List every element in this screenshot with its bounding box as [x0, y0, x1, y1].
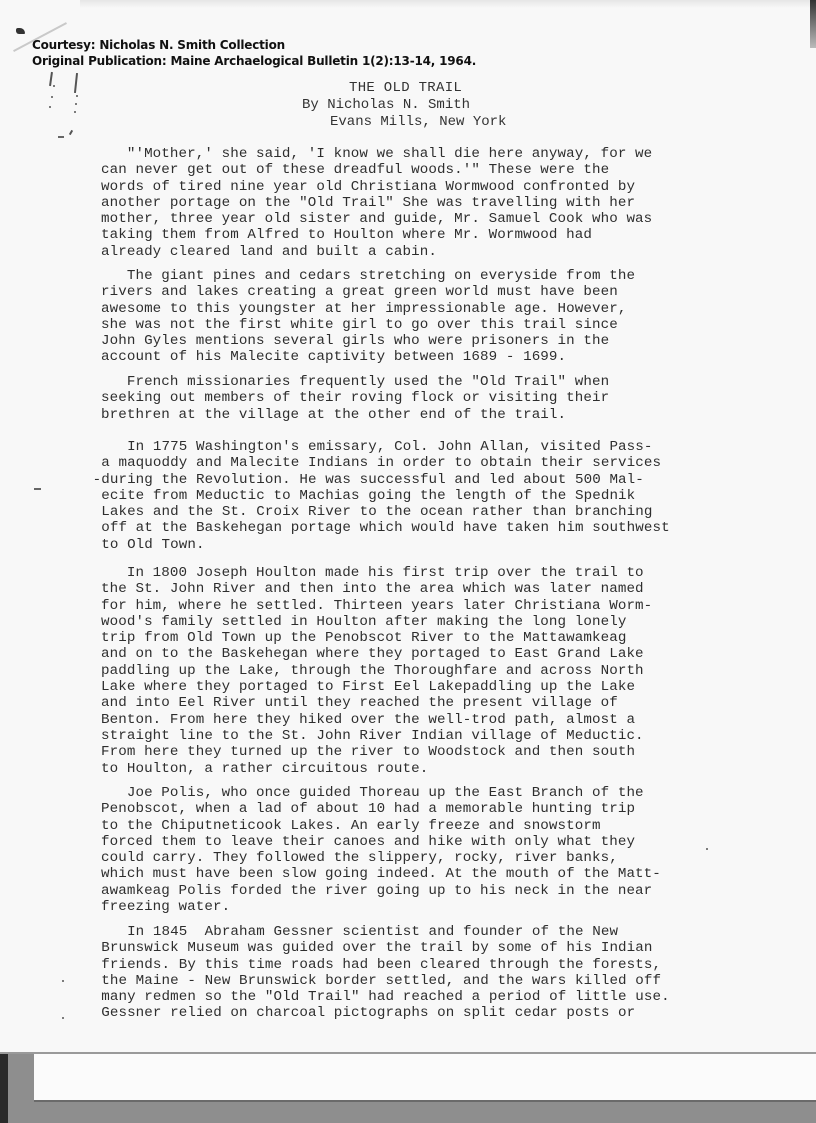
text-line: French missionaries frequently used the … — [101, 374, 801, 390]
text-line: straight line to the St. John River Indi… — [101, 728, 801, 744]
text-line: rivers and lakes creating a great green … — [101, 284, 801, 300]
margin-mark — [51, 96, 53, 98]
text-line: Benton. From here they hiked over the we… — [101, 712, 801, 728]
page-top-shadow — [80, 0, 816, 8]
paragraph: "'Mother,' she said, 'I know we shall di… — [101, 146, 801, 260]
text-line: In 1845 Abraham Gessner scientist and fo… — [84, 924, 784, 940]
text-line: a maquoddy and Malecite Indians in order… — [84, 455, 784, 471]
text-line: and on to the Baskehegan where they port… — [101, 646, 801, 662]
text-line: trip from Old Town up the Penobscot Rive… — [101, 630, 801, 646]
margin-mark — [62, 1017, 64, 1019]
text-line: can never get out of these dreadful wood… — [101, 162, 801, 178]
text-line: In 1800 Joseph Houlton made his first tr… — [101, 565, 801, 581]
text-line: paddling up the Lake, through the Thorou… — [101, 663, 801, 679]
text-line: brethren at the village at the other end… — [101, 407, 801, 423]
author-byline: By Nicholas N. Smith — [302, 97, 470, 113]
text-line: to the Chiputneticook Lakes. An early fr… — [101, 818, 801, 834]
text-line: for him, where he settled. Thirteen year… — [101, 598, 801, 614]
margin-mark — [74, 73, 78, 93]
paragraph: In 1845 Abraham Gessner scientist and fo… — [84, 924, 784, 1022]
text-line: the Maine - New Brunswick border settled… — [84, 973, 784, 989]
margin-mark — [49, 106, 51, 108]
text-line: -during the Revolution. He was successfu… — [84, 472, 784, 488]
text-line: From here they turned up the river to Wo… — [101, 744, 801, 760]
margin-mark — [49, 72, 53, 86]
underlying-sheet — [34, 1050, 816, 1102]
paragraph: Joe Polis, who once guided Thoreau up th… — [101, 785, 801, 915]
margin-mark — [34, 488, 41, 490]
paragraph: The giant pines and cedars stretching on… — [101, 268, 801, 366]
scan-edge-mark — [810, 0, 816, 48]
text-line: forced them to leave their canoes and hi… — [101, 834, 801, 850]
publication-credit: Original Publication: Maine Archaelogica… — [32, 54, 476, 68]
text-line: already cleared land and built a cabin. — [101, 244, 801, 260]
text-line: she was not the first white girl to go o… — [101, 317, 801, 333]
text-line: ecite from Meductic to Machias going the… — [84, 488, 784, 504]
author-location: Evans Mills, New York — [330, 114, 506, 130]
text-line: many redmen so the "Old Trail" had reach… — [84, 989, 784, 1005]
text-line: off at the Baskehegan portage which woul… — [84, 520, 784, 536]
paragraph: French missionaries frequently used the … — [101, 374, 801, 423]
text-line: Lakes and the St. Croix River to the oce… — [84, 504, 784, 520]
text-line: the St. John River and then into the are… — [101, 581, 801, 597]
text-line: another portage on the "Old Trail" She w… — [101, 195, 801, 211]
document-title: THE OLD TRAIL — [349, 80, 462, 96]
courtesy-credit: Courtesy: Nicholas N. Smith Collection — [32, 38, 285, 52]
text-line: awesome to this youngster at her impress… — [101, 301, 801, 317]
text-line: Gessner relied on charcoal pictographs o… — [84, 1005, 784, 1021]
margin-mark — [76, 95, 78, 97]
margin-mark — [58, 136, 64, 138]
text-line: friends. By this time roads had been cle… — [84, 957, 784, 973]
text-line: wood's family settled in Houlton after m… — [101, 614, 801, 630]
text-line: Joe Polis, who once guided Thoreau up th… — [101, 785, 801, 801]
paragraph: In 1775 Washington's emissary, Col. John… — [84, 439, 784, 553]
text-line: seeking out members of their roving floc… — [101, 390, 801, 406]
text-line: In 1775 Washington's emissary, Col. John… — [84, 439, 784, 455]
margin-mark — [53, 85, 55, 87]
text-line: awamkeag Polis forded the river going up… — [101, 883, 801, 899]
text-line: Brunswick Museum was guided over the tra… — [84, 940, 784, 956]
scanner-edge — [0, 1052, 8, 1123]
margin-mark — [69, 130, 73, 135]
text-line: to Houlton, a rather circuitous route. — [101, 761, 801, 777]
margin-mark — [74, 111, 76, 113]
text-line: Penobscot, when a lad of about 10 had a … — [101, 801, 801, 817]
text-line: Lake where they portaged to First Eel La… — [101, 679, 801, 695]
margin-mark — [75, 103, 77, 105]
text-line: words of tired nine year old Christiana … — [101, 179, 801, 195]
text-line: mother, three year old sister and guide,… — [101, 211, 801, 227]
ink-blot-mark — [16, 28, 25, 34]
paragraph: In 1800 Joseph Houlton made his first tr… — [101, 565, 801, 777]
text-line: taking them from Alfred to Houlton where… — [101, 227, 801, 243]
text-line: account of his Malecite captivity betwee… — [101, 349, 801, 365]
text-line: John Gyles mentions several girls who we… — [101, 333, 801, 349]
text-line: "'Mother,' she said, 'I know we shall di… — [101, 146, 801, 162]
text-line: and into Eel River until they reached th… — [101, 695, 801, 711]
document-page: Courtesy: Nicholas N. Smith Collection O… — [0, 0, 816, 1054]
margin-mark — [62, 980, 64, 982]
text-line: to Old Town. — [84, 537, 784, 553]
text-line: could carry. They followed the slippery,… — [101, 850, 801, 866]
text-line: which must have been slow going indeed. … — [101, 866, 801, 882]
text-line: freezing water. — [101, 899, 801, 915]
text-line: The giant pines and cedars stretching on… — [101, 268, 801, 284]
